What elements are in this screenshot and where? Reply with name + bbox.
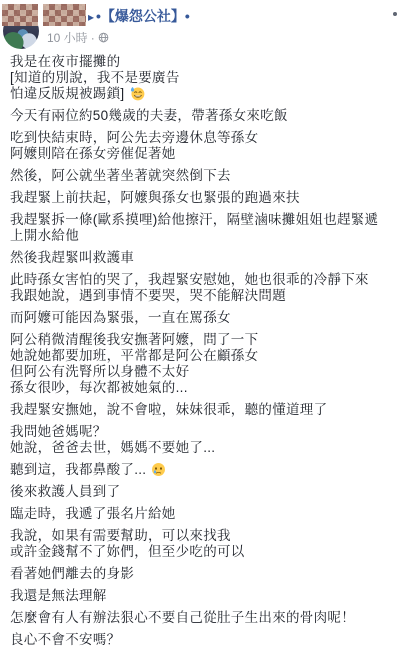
post-paragraph: 臨走時，我遞了張名片給她	[10, 506, 388, 522]
group-name-link[interactable]: •【爆怨公社】•	[96, 8, 190, 24]
post-paragraph: 然後，阿公就坐著坐著就突然倒下去	[10, 168, 388, 184]
post-paragraph: 我趕緊安撫她，說不會啦，妹妹很乖，聽的懂道理了	[10, 402, 388, 418]
post-paragraph: 我問她爸媽呢？她說，爸爸去世，媽媽不要她了...	[10, 424, 388, 456]
post-paragraph: 今天有兩位約50幾歲的夫妻，帶著孫女來吃飯	[10, 108, 388, 124]
grin-sweat-emoji	[130, 86, 145, 101]
post-paragraph: 我還是無法理解	[10, 588, 388, 604]
post-header: ▸•【爆怨公社】• 10 小時 ·	[0, 0, 400, 51]
post-paragraph: 吃到快結束時，阿公先去旁邊休息等孫女阿嬤則陪在孫女旁催促著她	[10, 130, 388, 162]
post-paragraph: 良心不會不安嗎？	[10, 632, 388, 648]
censored-author-name	[43, 4, 86, 26]
post-body: 我是在夜市擺攤的[知道的別說，我不是要廣告怕違反版規被踢鎖] 今天有兩位約50幾…	[0, 51, 400, 648]
post-paragraph: 此時孫女害怕的哭了，我趕緊安慰她，她也很乖的冷靜下來我跟她說，遇到事情不要哭，哭…	[10, 272, 388, 304]
author-line: ▸•【爆怨公社】•	[88, 6, 190, 26]
post-paragraph: 我趕緊上前扶起，阿嬤與孫女也緊張的跑過來扶	[10, 190, 388, 206]
censored-avatar-blur	[2, 4, 38, 26]
meta-separator: ·	[91, 31, 95, 45]
post-paragraph: 我說，如果有需要幫助，可以來找我或許金錢幫不了妳們，但至少吃的可以	[10, 528, 388, 560]
post-paragraph: 我是在夜市擺攤的[知道的別說，我不是要廣告怕違反版規被踢鎖]	[10, 54, 388, 102]
post-paragraph: 看著她們離去的身影	[10, 566, 388, 582]
post-paragraph: 怎麼會有人有辦法狠心不要自己從肚子生出來的骨肉呢！	[10, 610, 388, 626]
shared-to-arrow-icon: ▸	[88, 10, 94, 24]
post-paragraph: 而阿嬤可能因為緊張，一直在罵孫女	[10, 310, 388, 326]
post-paragraph: 聽到這，我都鼻酸了...	[10, 462, 388, 478]
more-options-icon[interactable]	[393, 12, 397, 16]
globe-icon	[98, 32, 109, 43]
post-paragraph: 後來救護人員到了	[10, 484, 388, 500]
post-timestamp[interactable]: 10 小時	[47, 29, 88, 46]
crying-face-emoji	[151, 462, 166, 477]
post-paragraph: 然後我趕緊叫救護車	[10, 250, 388, 266]
post-paragraph: 阿公稍微清醒後我安撫著阿嬤，問了一下她說她都要加班，平常都是阿公在顧孫女但阿公有…	[10, 332, 388, 396]
post-paragraph: 我趕緊拆一條(歐系摸哩)給他擦汗，隔壁滷味攤姐姐也趕緊遞上開水給他	[10, 212, 388, 244]
post-meta: 10 小時 ·	[47, 29, 109, 46]
